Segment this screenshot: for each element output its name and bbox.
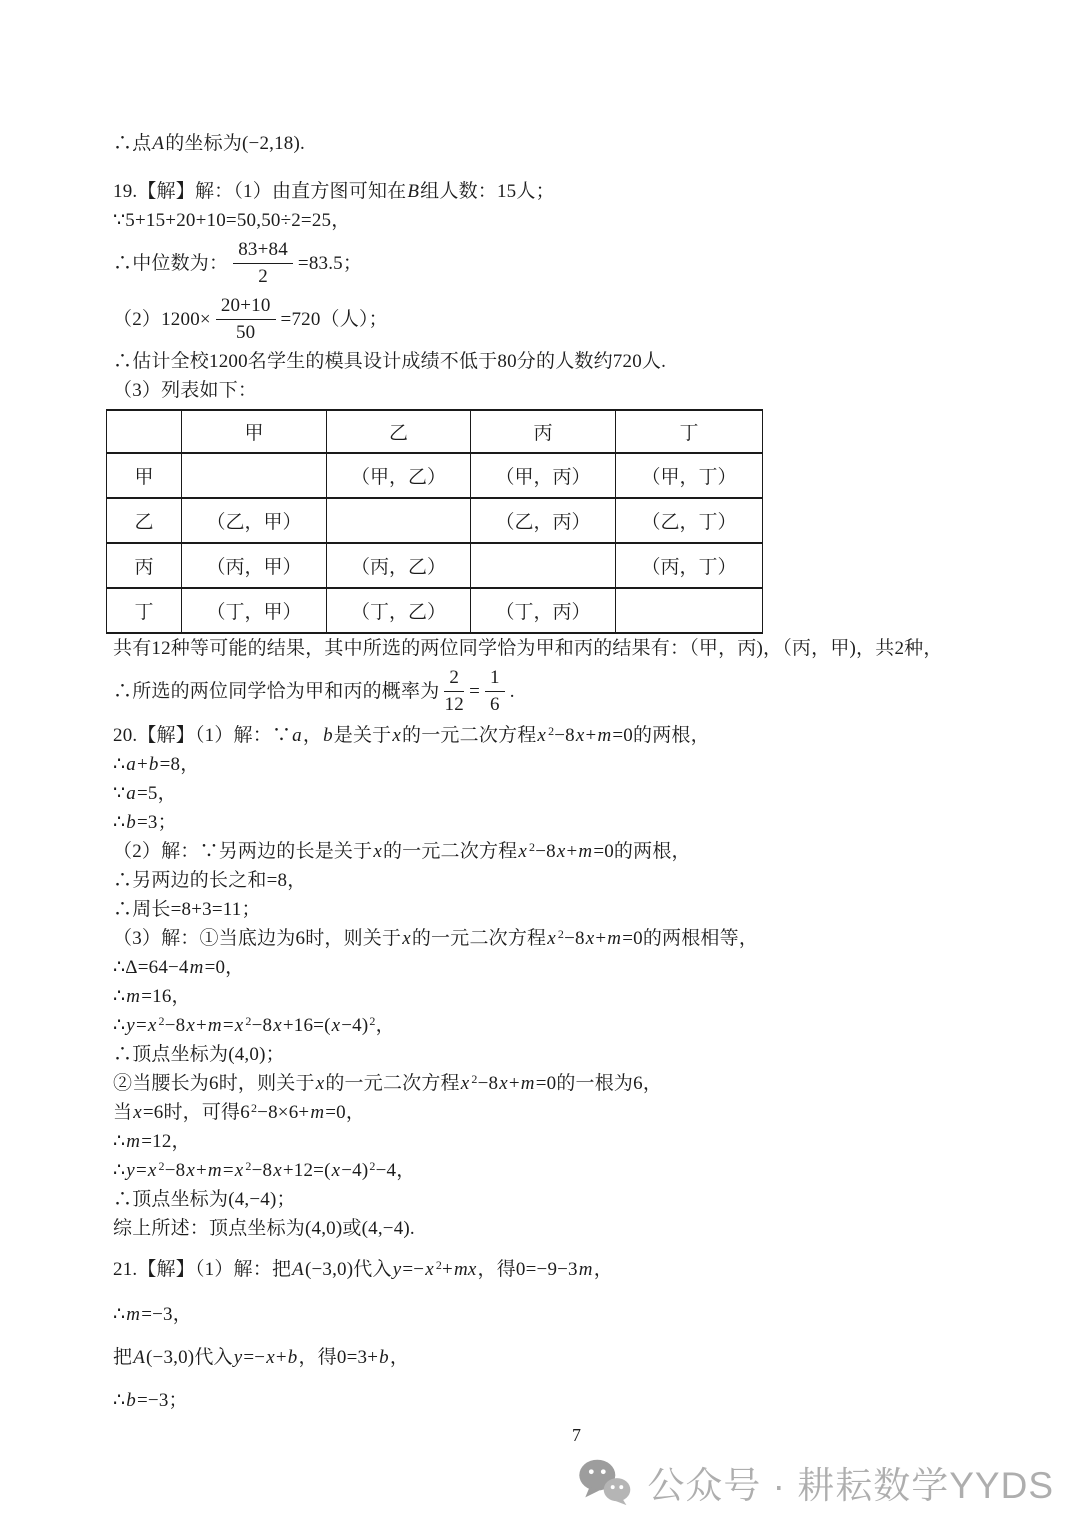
text-run: +: [276, 1347, 287, 1368]
text-run: ∴: [113, 754, 125, 775]
text-run: 19.【解】解：（1）由直方图可知在: [113, 181, 406, 202]
text-line: ∴估计全校1200名学生的模具设计成绩不低于80分的人数约720人.: [113, 347, 1040, 376]
table-cell: （乙，甲）: [182, 498, 327, 543]
text-run: =6时，可得6: [143, 1102, 250, 1123]
math-variable: B: [406, 181, 420, 202]
text-run: −8: [535, 841, 556, 862]
text-line: ∴周长=8+3=11；: [113, 895, 1040, 924]
text-run: 当: [113, 1102, 132, 1123]
math-variable: a: [291, 725, 303, 746]
table-row-label: 乙: [107, 498, 182, 543]
text-run: −4): [341, 1015, 368, 1036]
fraction: 20+1050: [216, 294, 276, 345]
superscript: 2: [158, 1014, 165, 1028]
math-variable: m: [309, 1102, 325, 1123]
text-run: =0的两根，: [612, 725, 709, 746]
text-run: =: [223, 1015, 234, 1036]
text-run: +: [196, 1015, 207, 1036]
math-variable: b: [378, 1347, 390, 1368]
text-run: ∴: [113, 986, 125, 1007]
math-variable: a: [125, 783, 137, 804]
text-line: ∵5+15+20+10=50,50÷2=25，: [113, 206, 1040, 235]
text-line: （3）列表如下：: [113, 376, 1040, 405]
text-run: ∴: [113, 1131, 125, 1152]
table-cell: [616, 588, 763, 633]
math-variable: x: [331, 1015, 342, 1036]
text-line: 当x=6时，可得62−8×6+m=0，: [113, 1098, 1040, 1127]
text-line: （3）解：①当底边为6时，则关于x的一元二次方程x2−8x+m=0的两根相等，: [113, 924, 1040, 953]
fraction: 212: [444, 666, 464, 717]
text-run: ∴: [113, 1015, 125, 1036]
text-run: ∴: [113, 1390, 125, 1411]
text-run: =12，: [141, 1131, 191, 1152]
math-variable: x: [372, 841, 383, 862]
table-row-label: 甲: [107, 453, 182, 498]
math-variable: mx: [453, 1259, 478, 1280]
text-run: +12=(: [283, 1160, 331, 1181]
math-variable: m: [207, 1160, 223, 1181]
table-cell: [182, 453, 327, 498]
math-variable: b: [322, 725, 334, 746]
math-variable: m: [189, 957, 205, 978]
text-line: ∴顶点坐标为(4,−4)；: [113, 1185, 1040, 1214]
text-run: =16，: [141, 986, 191, 1007]
table-header-cell: 乙: [327, 410, 471, 453]
text-line: （2）1200×20+1050=720（人）；: [113, 291, 1040, 347]
math-variable: a: [125, 754, 137, 775]
document-page: ∴点A的坐标为(−2,18).19.【解】解：（1）由直方图可知在B组人数：15…: [0, 0, 1080, 1527]
text-run: ，得0=−9−3: [478, 1259, 578, 1280]
text-line: 19.【解】解：（1）由直方图可知在B组人数：15人；: [113, 177, 1040, 206]
math-variable: x: [517, 841, 528, 862]
text-run: =0，: [205, 957, 245, 978]
table-cell: （甲，乙）: [327, 453, 471, 498]
text-line: ∴y=x2−8x+m=x2−8x+16=(x−4)2，: [113, 1011, 1040, 1040]
wechat-icon: [577, 1458, 633, 1506]
math-variable: x: [546, 928, 557, 949]
math-variable: y: [125, 1160, 136, 1181]
table-cell: （丙，乙）: [327, 543, 471, 588]
math-variable: x: [185, 1015, 196, 1036]
math-variable: x: [536, 725, 547, 746]
superscript: 2: [244, 1014, 251, 1028]
math-variable: x: [234, 1015, 245, 1036]
text-line: ∵a=5，: [113, 779, 1040, 808]
text-run: ，: [376, 1015, 395, 1036]
text-run: 把: [113, 1347, 132, 1368]
text-run: −8: [165, 1160, 186, 1181]
math-variable: x: [331, 1160, 342, 1181]
text-run: −4): [341, 1160, 368, 1181]
text-run: 的一元二次方程: [402, 725, 536, 746]
text-run: ，: [594, 1259, 613, 1280]
text-run: .: [510, 677, 515, 706]
solution-lines-after-table: 共有12种等可能的结果，其中所选的两位同学恰为甲和丙的结果有：（甲，丙)，（丙，…: [113, 634, 1040, 1415]
text-run: =: [469, 677, 480, 706]
table-row-label: 丁: [107, 588, 182, 633]
table-cell: [327, 498, 471, 543]
text-run: ∵5+15+20+10=50,50÷2=25，: [113, 210, 350, 231]
text-line: ∴b=3；: [113, 808, 1040, 837]
text-line: ∴b=−3；: [113, 1386, 1040, 1415]
text-run: +: [137, 754, 148, 775]
math-variable: x: [185, 1160, 196, 1181]
text-line: ∴Δ=64−4m=0，: [113, 953, 1040, 982]
math-variable: m: [578, 1259, 594, 1280]
text-run: =3；: [137, 812, 177, 833]
table-cell: （丙，甲）: [182, 543, 327, 588]
math-variable: b: [125, 1390, 137, 1411]
math-variable: x: [147, 1160, 158, 1181]
text-run: −8: [252, 1160, 273, 1181]
text-run: ∵: [113, 783, 125, 804]
text-run: ∴另两边的长之和=8，: [113, 870, 306, 891]
text-line: ∴中位数为：83+842=83.5；: [113, 235, 1040, 291]
text-line: ②当腰长为6时，则关于x的一元二次方程x2−8x+m=0的一根为6，: [113, 1069, 1040, 1098]
superscript: 2: [368, 1159, 375, 1173]
math-variable: b: [125, 812, 137, 833]
text-run: +: [196, 1160, 207, 1181]
text-run: 的一元二次方程: [325, 1073, 459, 1094]
math-variable: A: [291, 1259, 305, 1280]
math-variable: x: [391, 725, 402, 746]
text-run: (−3,0)代入: [146, 1347, 233, 1368]
text-run: ∴点: [113, 133, 151, 154]
text-run: 20.【解】（1）解：∵: [113, 725, 291, 746]
text-run: =: [136, 1160, 147, 1181]
text-run: ∴所选的两位同学恰为甲和丙的概率为: [113, 677, 439, 706]
math-variable: x: [265, 1347, 276, 1368]
superscript: 2: [557, 927, 564, 941]
text-run: ∴估计全校1200名学生的模具设计成绩不低于80分的人数约720人.: [113, 351, 666, 372]
text-run: （3）解：①当底边为6时，则关于: [113, 928, 401, 949]
text-line: ∴m=−3，: [113, 1300, 1040, 1329]
math-variable: y: [392, 1259, 403, 1280]
text-run: +: [442, 1259, 453, 1280]
text-run: ∴: [113, 812, 125, 833]
text-run: ，得0=3+: [299, 1347, 379, 1368]
footer-brand: 公众号 · 耕耘数学YYDS: [647, 1455, 1054, 1509]
math-variable: x: [460, 1073, 471, 1094]
text-run: ∴顶点坐标为(4,−4)；: [113, 1189, 296, 1210]
text-run: =720（人）；: [281, 305, 388, 334]
text-run: +: [586, 725, 597, 746]
table-row: 乙（乙，甲）（乙，丙）（乙，丁）: [107, 498, 763, 543]
superscript: 2: [244, 1159, 251, 1173]
fraction: 16: [485, 666, 505, 717]
table-cell: （丁，乙）: [327, 588, 471, 633]
footer: 公众号 · 耕耘数学YYDS: [577, 1455, 1054, 1509]
math-variable: m: [577, 841, 593, 862]
text-run: 的一元二次方程: [383, 841, 517, 862]
math-variable: m: [125, 1304, 141, 1325]
text-run: =−3，: [141, 1304, 192, 1325]
solution-lines-before-table: ∴点A的坐标为(−2,18).19.【解】解：（1）由直方图可知在B组人数：15…: [113, 129, 1040, 405]
text-run: +16=(: [283, 1015, 331, 1036]
math-variable: x: [498, 1073, 509, 1094]
text-line: 综上所述：顶点坐标为(4,0)或(4,−4).: [113, 1214, 1040, 1243]
math-variable: m: [606, 928, 622, 949]
math-variable: x: [585, 928, 596, 949]
math-variable: x: [401, 928, 412, 949]
table-row: 甲（甲，乙）（甲，丙）（甲，丁）: [107, 453, 763, 498]
text-run: （2）解：∵另两边的长是关于: [113, 841, 372, 862]
table-header-cell: [107, 410, 182, 453]
table-cell: （丁，丙）: [471, 588, 616, 633]
text-run: −8×6+: [257, 1102, 309, 1123]
text-line: ∴另两边的长之和=8，: [113, 866, 1040, 895]
text-run: =5，: [137, 783, 177, 804]
text-run: +: [566, 841, 577, 862]
text-run: =: [223, 1160, 234, 1181]
math-variable: x: [147, 1015, 158, 1036]
text-run: 的一元二次方程: [412, 928, 546, 949]
math-variable: A: [151, 133, 165, 154]
text-run: =0的两根相等，: [622, 928, 758, 949]
text-run: ，: [390, 1347, 409, 1368]
text-run: ∴: [113, 1304, 125, 1325]
text-run: =8，: [160, 754, 200, 775]
text-run: ∴Δ=64−4: [113, 957, 189, 978]
text-line: ∴点A的坐标为(−2,18).: [113, 129, 1040, 158]
table-row: 丁（丁，甲）（丁，乙）（丁，丙）: [107, 588, 763, 633]
math-variable: x: [234, 1160, 245, 1181]
math-variable: x: [272, 1160, 283, 1181]
text-run: 是关于: [334, 725, 392, 746]
text-run: ∴: [113, 1160, 125, 1181]
text-run: ，: [303, 725, 322, 746]
text-run: +: [509, 1073, 520, 1094]
text-run: =0的一根为6，: [536, 1073, 662, 1094]
text-run: （3）列表如下：: [113, 380, 257, 401]
superscript: 2: [470, 1072, 477, 1086]
text-line: 21.【解】（1）解：把A(−3,0)代入y=−x2+mx，得0=−9−3m，: [113, 1255, 1040, 1284]
table-row: 丙（丙，甲）（丙，乙）（丙，丁）: [107, 543, 763, 588]
table-cell: （丁，甲）: [182, 588, 327, 633]
math-variable: b: [148, 754, 160, 775]
text-run: =−: [402, 1259, 424, 1280]
text-line: （2）解：∵另两边的长是关于x的一元二次方程x2−8x+m=0的两根，: [113, 837, 1040, 866]
math-variable: x: [132, 1102, 143, 1123]
table-cell: （甲，丙）: [471, 453, 616, 498]
math-variable: A: [132, 1347, 146, 1368]
text-run: =0，: [325, 1102, 365, 1123]
table-cell: （乙，丙）: [471, 498, 616, 543]
text-run: ②当腰长为6时，则关于: [113, 1073, 315, 1094]
text-line: ∴a+b=8，: [113, 750, 1040, 779]
text-run: =83.5；: [298, 249, 362, 278]
math-variable: m: [125, 1131, 141, 1152]
text-run: +: [595, 928, 606, 949]
table-cell: （乙，丁）: [616, 498, 763, 543]
text-line: 20.【解】（1）解：∵a，b是关于x的一元二次方程x2−8x+m=0的两根，: [113, 721, 1040, 750]
text-run: −8: [165, 1015, 186, 1036]
superscript: 2: [158, 1159, 165, 1173]
table-header-cell: 丁: [616, 410, 763, 453]
text-run: =: [136, 1015, 147, 1036]
text-run: ∴顶点坐标为(4,0)；: [113, 1044, 285, 1065]
table-cell: （丙，丁）: [616, 543, 763, 588]
math-variable: x: [575, 725, 586, 746]
text-run: =−3；: [137, 1390, 188, 1411]
solution-content: ∴点A的坐标为(−2,18).19.【解】解：（1）由直方图可知在B组人数：15…: [0, 0, 1080, 1446]
math-variable: m: [207, 1015, 223, 1036]
text-run: 21.【解】（1）解：把: [113, 1259, 291, 1280]
math-variable: x: [424, 1259, 435, 1280]
math-variable: m: [596, 725, 612, 746]
outcome-table: 甲乙丙丁甲（甲，乙）（甲，丙）（甲，丁）乙（乙，甲）（乙，丙）（乙，丁）丙（丙，…: [106, 409, 763, 634]
text-run: 组人数：15人；: [420, 181, 555, 202]
text-run: ∴周长=8+3=11；: [113, 899, 261, 920]
math-variable: x: [272, 1015, 283, 1036]
math-variable: x: [556, 841, 567, 862]
table-header-cell: 丙: [471, 410, 616, 453]
table-header-cell: 甲: [182, 410, 327, 453]
superscript: 2: [435, 1258, 442, 1272]
text-line: ∴m=12，: [113, 1127, 1040, 1156]
text-run: −8: [554, 725, 575, 746]
text-run: −8: [252, 1015, 273, 1036]
text-line: 共有12种等可能的结果，其中所选的两位同学恰为甲和丙的结果有：（甲，丙)，（丙，…: [113, 634, 1040, 663]
text-line: ∴顶点坐标为(4,0)；: [113, 1040, 1040, 1069]
superscript: 2: [368, 1014, 375, 1028]
text-line: 把A(−3,0)代入y=−x+b，得0=3+b，: [113, 1343, 1040, 1372]
text-run: 共有12种等可能的结果，其中所选的两位同学恰为甲和丙的结果有：（甲，丙)，（丙，…: [113, 638, 943, 659]
text-run: 的坐标为(−2,18).: [165, 133, 305, 154]
text-run: (−3,0)代入: [305, 1259, 392, 1280]
text-run: −4，: [376, 1160, 416, 1181]
text-run: 综上所述：顶点坐标为(4,0)或(4,−4).: [113, 1218, 415, 1239]
math-variable: y: [233, 1347, 244, 1368]
math-variable: m: [520, 1073, 536, 1094]
page-number: 7: [113, 1425, 1040, 1446]
text-run: =0的两根，: [593, 841, 690, 862]
table-cell: （甲，丁）: [616, 453, 763, 498]
text-run: =−: [243, 1347, 265, 1368]
text-line: ∴y=x2−8x+m=x2−8x+12=(x−4)2−4，: [113, 1156, 1040, 1185]
math-variable: x: [315, 1073, 326, 1094]
text-run: −8: [478, 1073, 499, 1094]
math-variable: y: [125, 1015, 136, 1036]
fraction: 83+842: [233, 238, 293, 289]
table-row-label: 丙: [107, 543, 182, 588]
text-run: ∴中位数为：: [113, 249, 228, 278]
math-variable: m: [125, 986, 141, 1007]
math-variable: b: [287, 1347, 299, 1368]
text-line: ∴所选的两位同学恰为甲和丙的概率为212=16.: [113, 663, 1040, 719]
table-cell: [471, 543, 616, 588]
text-run: （2）1200×: [113, 305, 211, 334]
text-run: −8: [564, 928, 585, 949]
text-line: ∴m=16，: [113, 982, 1040, 1011]
